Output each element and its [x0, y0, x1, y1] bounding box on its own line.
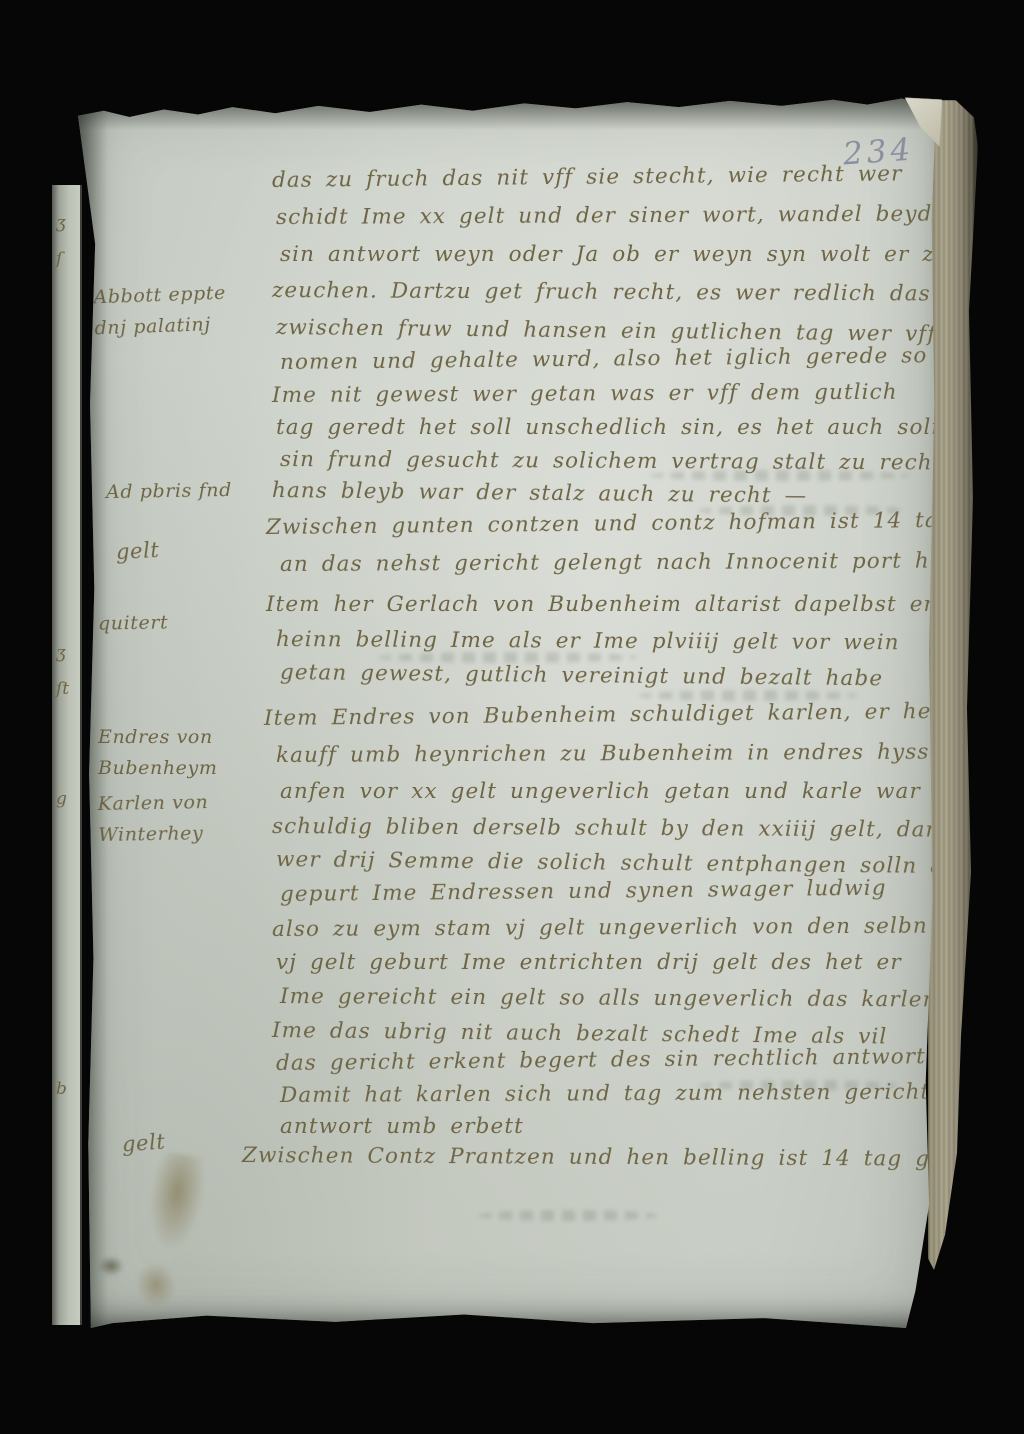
prev-page-ink-fragment: ſ	[56, 249, 62, 269]
manuscript-line: Zwischen Contz Prantzen und hen belling …	[242, 1143, 1005, 1172]
margin-note-line: Karlen von	[97, 787, 208, 820]
manuscript-line: getan gewest, gutlich vereinigt und beza…	[280, 660, 883, 691]
manuscript-line: Item her Gerlach von Bubenheim altarist …	[266, 592, 1024, 617]
manuscript-line: vj gelt geburt Ime entrichten drij gelt …	[276, 950, 902, 975]
manuscript-line: kauff umb heynrichen zu Bubenheim in end…	[276, 740, 944, 768]
manuscript-line: tag geredt het soll unschedlich sin, es …	[276, 415, 993, 440]
photo-background: ʒſʒſtgb 234 das zu fruch das nit vff sie…	[0, 0, 1024, 1434]
manuscript-line: wer drij Semme die solich schult entphan…	[276, 847, 979, 879]
margin-note-line: Endres von	[98, 722, 217, 753]
margin-note-line: Abbott eppte	[93, 278, 226, 314]
manuscript-line: nomen und gehalte wurd, also het iglich …	[280, 343, 970, 375]
manuscript-line: Item Endres von Bubenheim schuldiget kar…	[264, 698, 1006, 731]
manuscript-line: gepurt Ime Endressen und synen swager lu…	[280, 876, 887, 907]
manuscript-line: zwischen fruw und hansen ein gutlichen t…	[276, 315, 965, 347]
manuscript-line: sin frund gesucht zu solichem vertrag st…	[280, 447, 1024, 476]
previous-page-edge: ʒſʒſtgb	[52, 185, 82, 1325]
ink-bleedthrough	[378, 652, 638, 663]
prev-page-ink-fragment: ʒ	[56, 213, 66, 233]
ink-bleedthrough	[698, 505, 908, 516]
ink-bleedthrough	[698, 1080, 898, 1091]
margin-note-line: Winterhey	[98, 818, 209, 851]
book-foreedge-pages	[928, 100, 978, 1270]
manuscript-line: schidt Ime xx gelt und der siner wort, w…	[276, 201, 968, 230]
margin-note-line: Ad pbris fnd	[106, 475, 232, 508]
margin-note-quitert: quitert	[98, 607, 169, 639]
prev-page-ink-fragment: ʒ	[56, 643, 66, 663]
manuscript-line: Zwischen gunten contzen und contz hofman…	[266, 507, 1024, 540]
manuscript-line: das gericht erkent begert des sin rechtl…	[276, 1044, 962, 1076]
margin-note-karlen: Karlen von Winterhey	[97, 787, 209, 851]
manuscript-line: an das nehst gericht gelengt nach Innoce…	[280, 548, 980, 577]
prev-page-ink-fragment: ſt	[56, 679, 69, 699]
ink-bleedthrough	[478, 1210, 658, 1221]
manuscript-line: schuldig bliben derselb schult by den xx…	[272, 814, 974, 843]
manuscript-line: zeuchen. Dartzu get fruch recht, es wer …	[272, 278, 931, 306]
stain	[132, 1258, 181, 1311]
margin-note-line: dnj palatinj	[94, 309, 227, 345]
margin-note-palatini: Abbott eppte dnj palatinj	[93, 278, 228, 345]
manuscript-line: heinn belling Ime als er Ime plviiij gel…	[276, 627, 900, 655]
ink-bleedthrough	[650, 470, 910, 481]
manuscript-line: sin antwort weyn oder Ja ob er weyn syn …	[280, 242, 950, 267]
manuscript-line: Ime gereicht ein gelt so alls ungeverlic…	[280, 984, 938, 1012]
stain	[143, 1151, 209, 1254]
manuscript-line: hans bleyb war der stalz auch zu recht —	[272, 478, 807, 509]
ink-bleedthrough	[638, 690, 858, 701]
manuscript-line: Ime nit gewest wer getan was er vff dem …	[272, 380, 898, 408]
margin-note-line: gelt	[115, 535, 160, 568]
margin-note-line: quitert	[98, 607, 169, 639]
margin-note-line: Bubenheym	[98, 753, 217, 784]
manuscript-line: antwort umb erbett	[280, 1114, 524, 1139]
manuscript-line: anfen vor xx gelt ungeverlich getan und …	[280, 779, 921, 804]
stain	[98, 1256, 124, 1276]
margin-note-endres: Endres von Bubenheym	[98, 722, 217, 784]
prev-page-ink-fragment: b	[56, 1079, 67, 1099]
prev-page-ink-fragment: g	[56, 789, 67, 809]
manuscript-line: also zu eym stam vj gelt ungeverlich von…	[272, 914, 928, 942]
manuscript-page: 234 das zu fruch das nit vff sie stecht,…	[78, 96, 936, 1328]
margin-note-gelt-1: gelt	[115, 535, 160, 568]
manuscript-line: das zu fruch das nit vff sie stecht, wie…	[272, 161, 903, 193]
margin-note-ad-pbris: Ad pbris fnd	[106, 475, 232, 508]
